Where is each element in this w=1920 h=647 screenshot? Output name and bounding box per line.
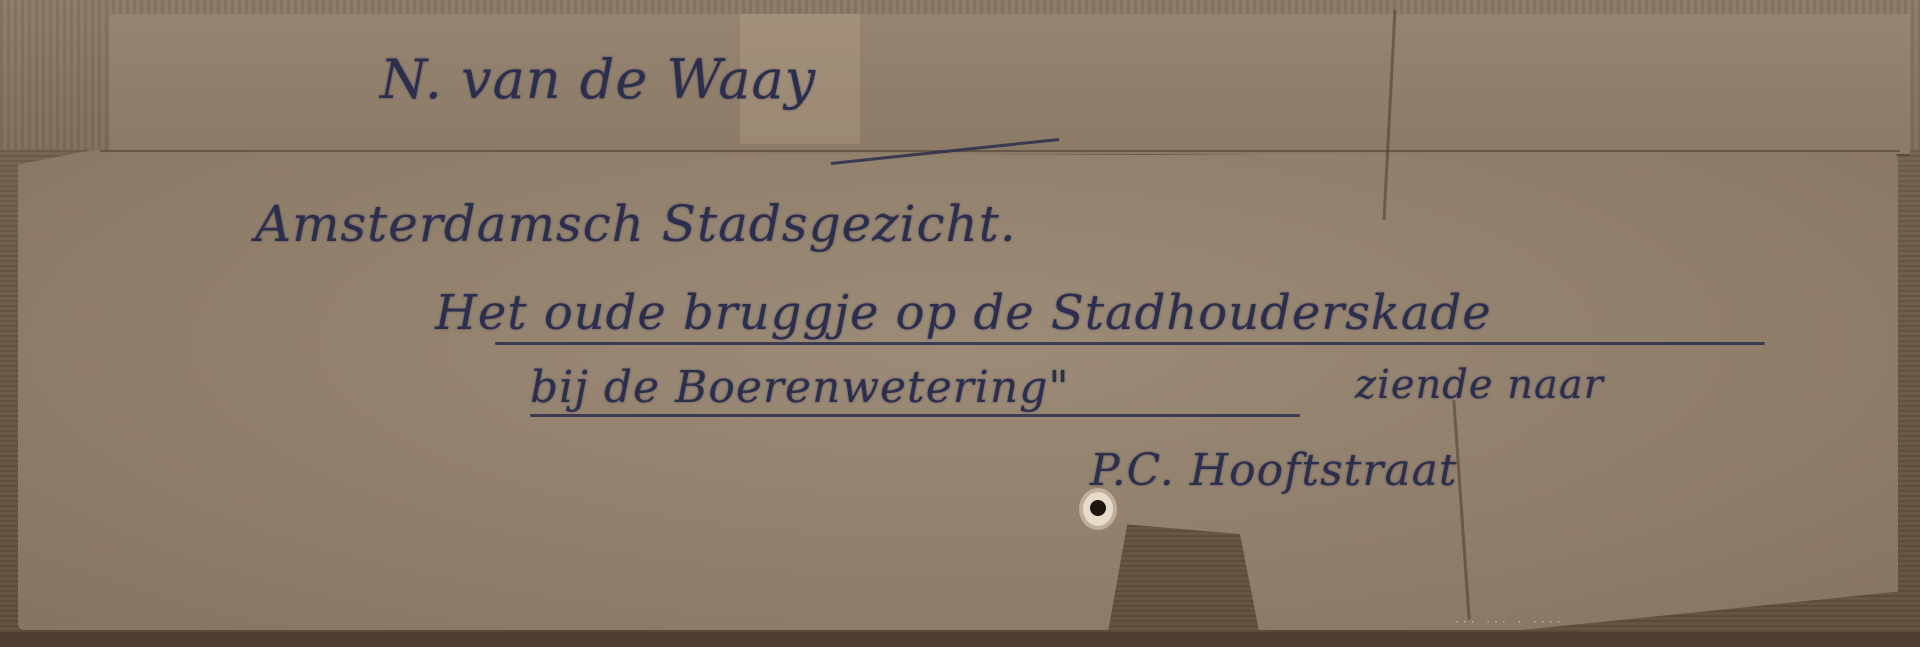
- label-seam: [100, 150, 1900, 152]
- frame-bottom-wood: [0, 632, 1920, 647]
- label-line-location: bij de Boerenwetering": [530, 362, 1070, 413]
- faded-stamp: ··· ··· · ····: [1455, 615, 1564, 629]
- frame-back: N. van de Waay Amsterdamsch Stadsgezicht…: [0, 0, 1920, 647]
- location-underline: [530, 414, 1300, 417]
- label-line-title: Amsterdamsch Stadsgezicht.: [255, 195, 1017, 253]
- label-line-bridge: Het oude bruggje op de Stadhouderskade: [435, 285, 1492, 341]
- bridge-underline: [495, 342, 1765, 345]
- label-line-direction: ziende naar: [1355, 362, 1604, 408]
- nail-hole: [1083, 492, 1113, 526]
- signature-text: N. van de Waay: [380, 48, 816, 111]
- label-line-street: P.C. Hooftstraat: [1090, 445, 1458, 496]
